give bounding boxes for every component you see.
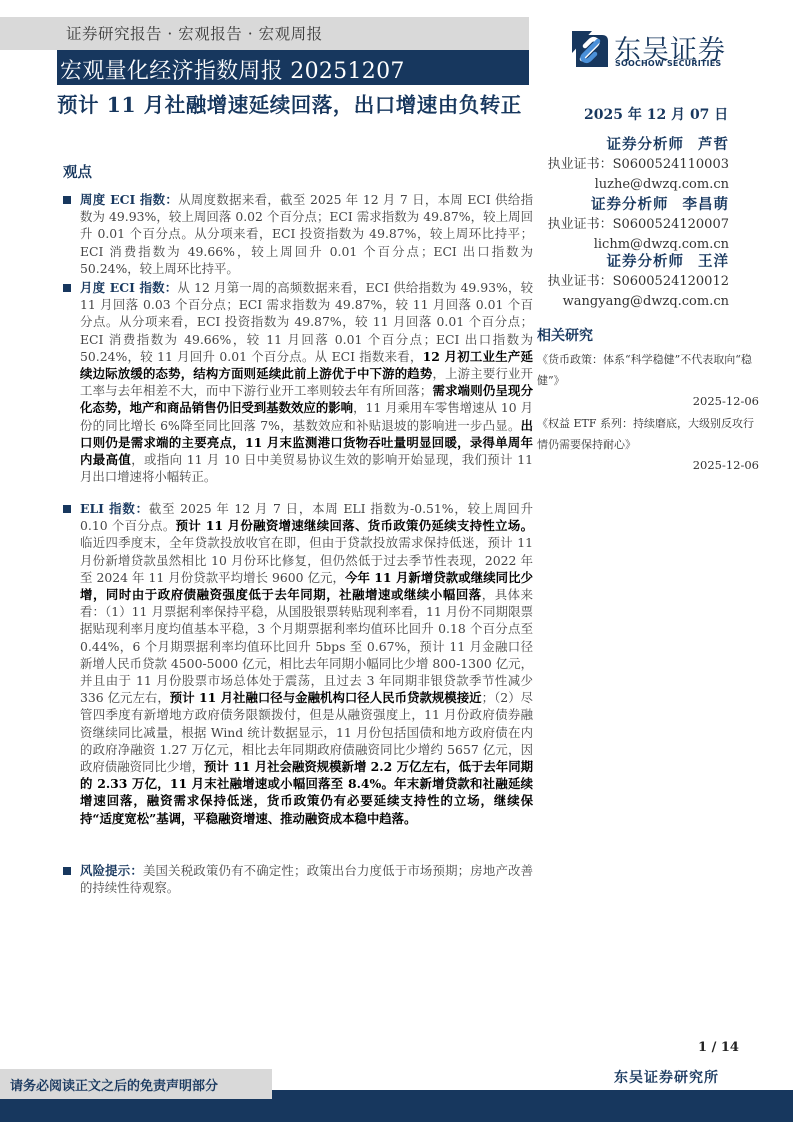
bullet-text: 月度 ECI 指数：从 12 月第一周的高频数据来看，ECI 供给指数为 49.… [80,279,533,485]
related-research: 相关研究 《货币政策：体系“科学稳健”不代表取向“稳健”》 2025-12-06… [537,325,759,477]
analyst-block: 证券分析师王洋 执业证书：S0600524120012 wangyang@dwz… [548,252,729,312]
related-research-date: 2025-12-06 [537,455,759,475]
bullet-emphasis: 预计 11 月份融资增速继续回落、货币政策仍延续支持性立场。 [176,518,533,533]
analyst-name: 王洋 [698,253,729,270]
bullet-lead: 月度 ECI 指数： [80,280,177,295]
bullet-monthly-eci: 月度 ECI 指数：从 12 月第一周的高频数据来看，ECI 供给指数为 49.… [63,279,533,485]
bullet-square-icon [63,196,71,204]
analyst-cert: 执业证书：S0600524120007 [548,215,729,235]
bullet-emphasis: 预计 11 月社融口径与金融机构口径人民币贷款规模接近 [170,690,482,705]
related-research-link[interactable]: 《权益 ETF 系列：持续磨底，大级别反攻行情仍需要保持耐心》 [537,413,759,455]
analyst-role: 证券分析师 [607,136,685,153]
analyst-block: 证券分析师李昌萌 执业证书：S0600524120007 lichm@dwzq.… [548,195,729,255]
analyst-role: 证券分析师 [591,196,669,213]
institute-name: 东吴证券研究所 [614,1067,719,1087]
bullet-risk: 风险提示：美国关税政策仍有不确定性；政策出台力度低于市场预期；房地产改善的持续性… [63,862,533,896]
bullet-square-icon [63,867,71,875]
bullet-body: ，具体来看：（1）11 月票据利率保持平稳，从国股银票转贴现利率看，11 月份不… [80,587,533,705]
disclaimer-notice[interactable]: 请务必阅读正文之后的免责声明部分 [10,1075,218,1094]
bullet-weekly-eci: 周度 ECI 指数：从周度数据来看，截至 2025 年 12 月 7 日，本周 … [63,191,533,277]
page-number: 1 / 14 [698,1040,739,1055]
analyst-name: 李昌萌 [683,196,730,213]
analyst-cert: 执业证书：S0600524120012 [548,272,729,292]
analyst-email[interactable]: luzhe@dwzq.com.cn [548,175,729,195]
analyst-role: 证券分析师 [607,253,685,270]
report-series-title: 宏观量化经济指数周报 20251207 [60,54,405,85]
logo-name-en: SOOCHOW SECURITIES [615,59,721,68]
bullet-square-icon [63,284,71,292]
related-research-heading: 相关研究 [537,325,759,345]
bullet-text: 风险提示：美国关税政策仍有不确定性；政策出台力度低于市场预期；房地产改善的持续性… [80,862,533,896]
bullet-eli: ELI 指数：截至 2025 年 12 月 7 日，本周 ELI 指数为-0.5… [63,500,533,827]
bullet-lead: 周度 ECI 指数： [80,192,178,207]
breadcrumb: 证券研究报告 · 宏观报告 · 宏观周报 [66,22,323,44]
company-logo: 东吴证券 SOOCHOW SECURITIES [572,31,752,71]
report-date: 2025 年 12 月 07 日 [584,104,728,124]
bullet-text: 周度 ECI 指数：从周度数据来看，截至 2025 年 12 月 7 日，本周 … [80,191,533,277]
bullet-square-icon [63,505,71,513]
analyst-block: 证券分析师芦哲 执业证书：S0600524110003 luzhe@dwzq.c… [548,135,729,195]
related-research-date: 2025-12-06 [537,391,759,411]
analyst-name: 芦哲 [698,136,729,153]
section-heading-viewpoints: 观点 [63,161,92,182]
bullet-lead: 风险提示： [80,863,143,878]
bullet-text: ELI 指数：截至 2025 年 12 月 7 日，本周 ELI 指数为-0.5… [80,500,533,827]
analyst-email[interactable]: wangyang@dwzq.com.cn [548,292,729,312]
page-title: 预计 11 月社融增速延续回落，出口增速由负转正 [57,90,527,120]
related-research-link[interactable]: 《货币政策：体系“科学稳健”不代表取向“稳健”》 [537,349,759,391]
soochow-logo-icon [572,31,608,67]
bullet-body: 美国关税政策仍有不确定性；政策出台力度低于市场预期；房地产改善的持续性待观察。 [80,863,533,895]
bullet-lead: ELI 指数： [80,501,149,516]
bullet-body: ，或指向 11 月 10 日中美贸易协议生效的影响开始显现，我们预计 11 月出… [80,452,533,484]
analyst-cert: 执业证书：S0600524110003 [548,155,729,175]
